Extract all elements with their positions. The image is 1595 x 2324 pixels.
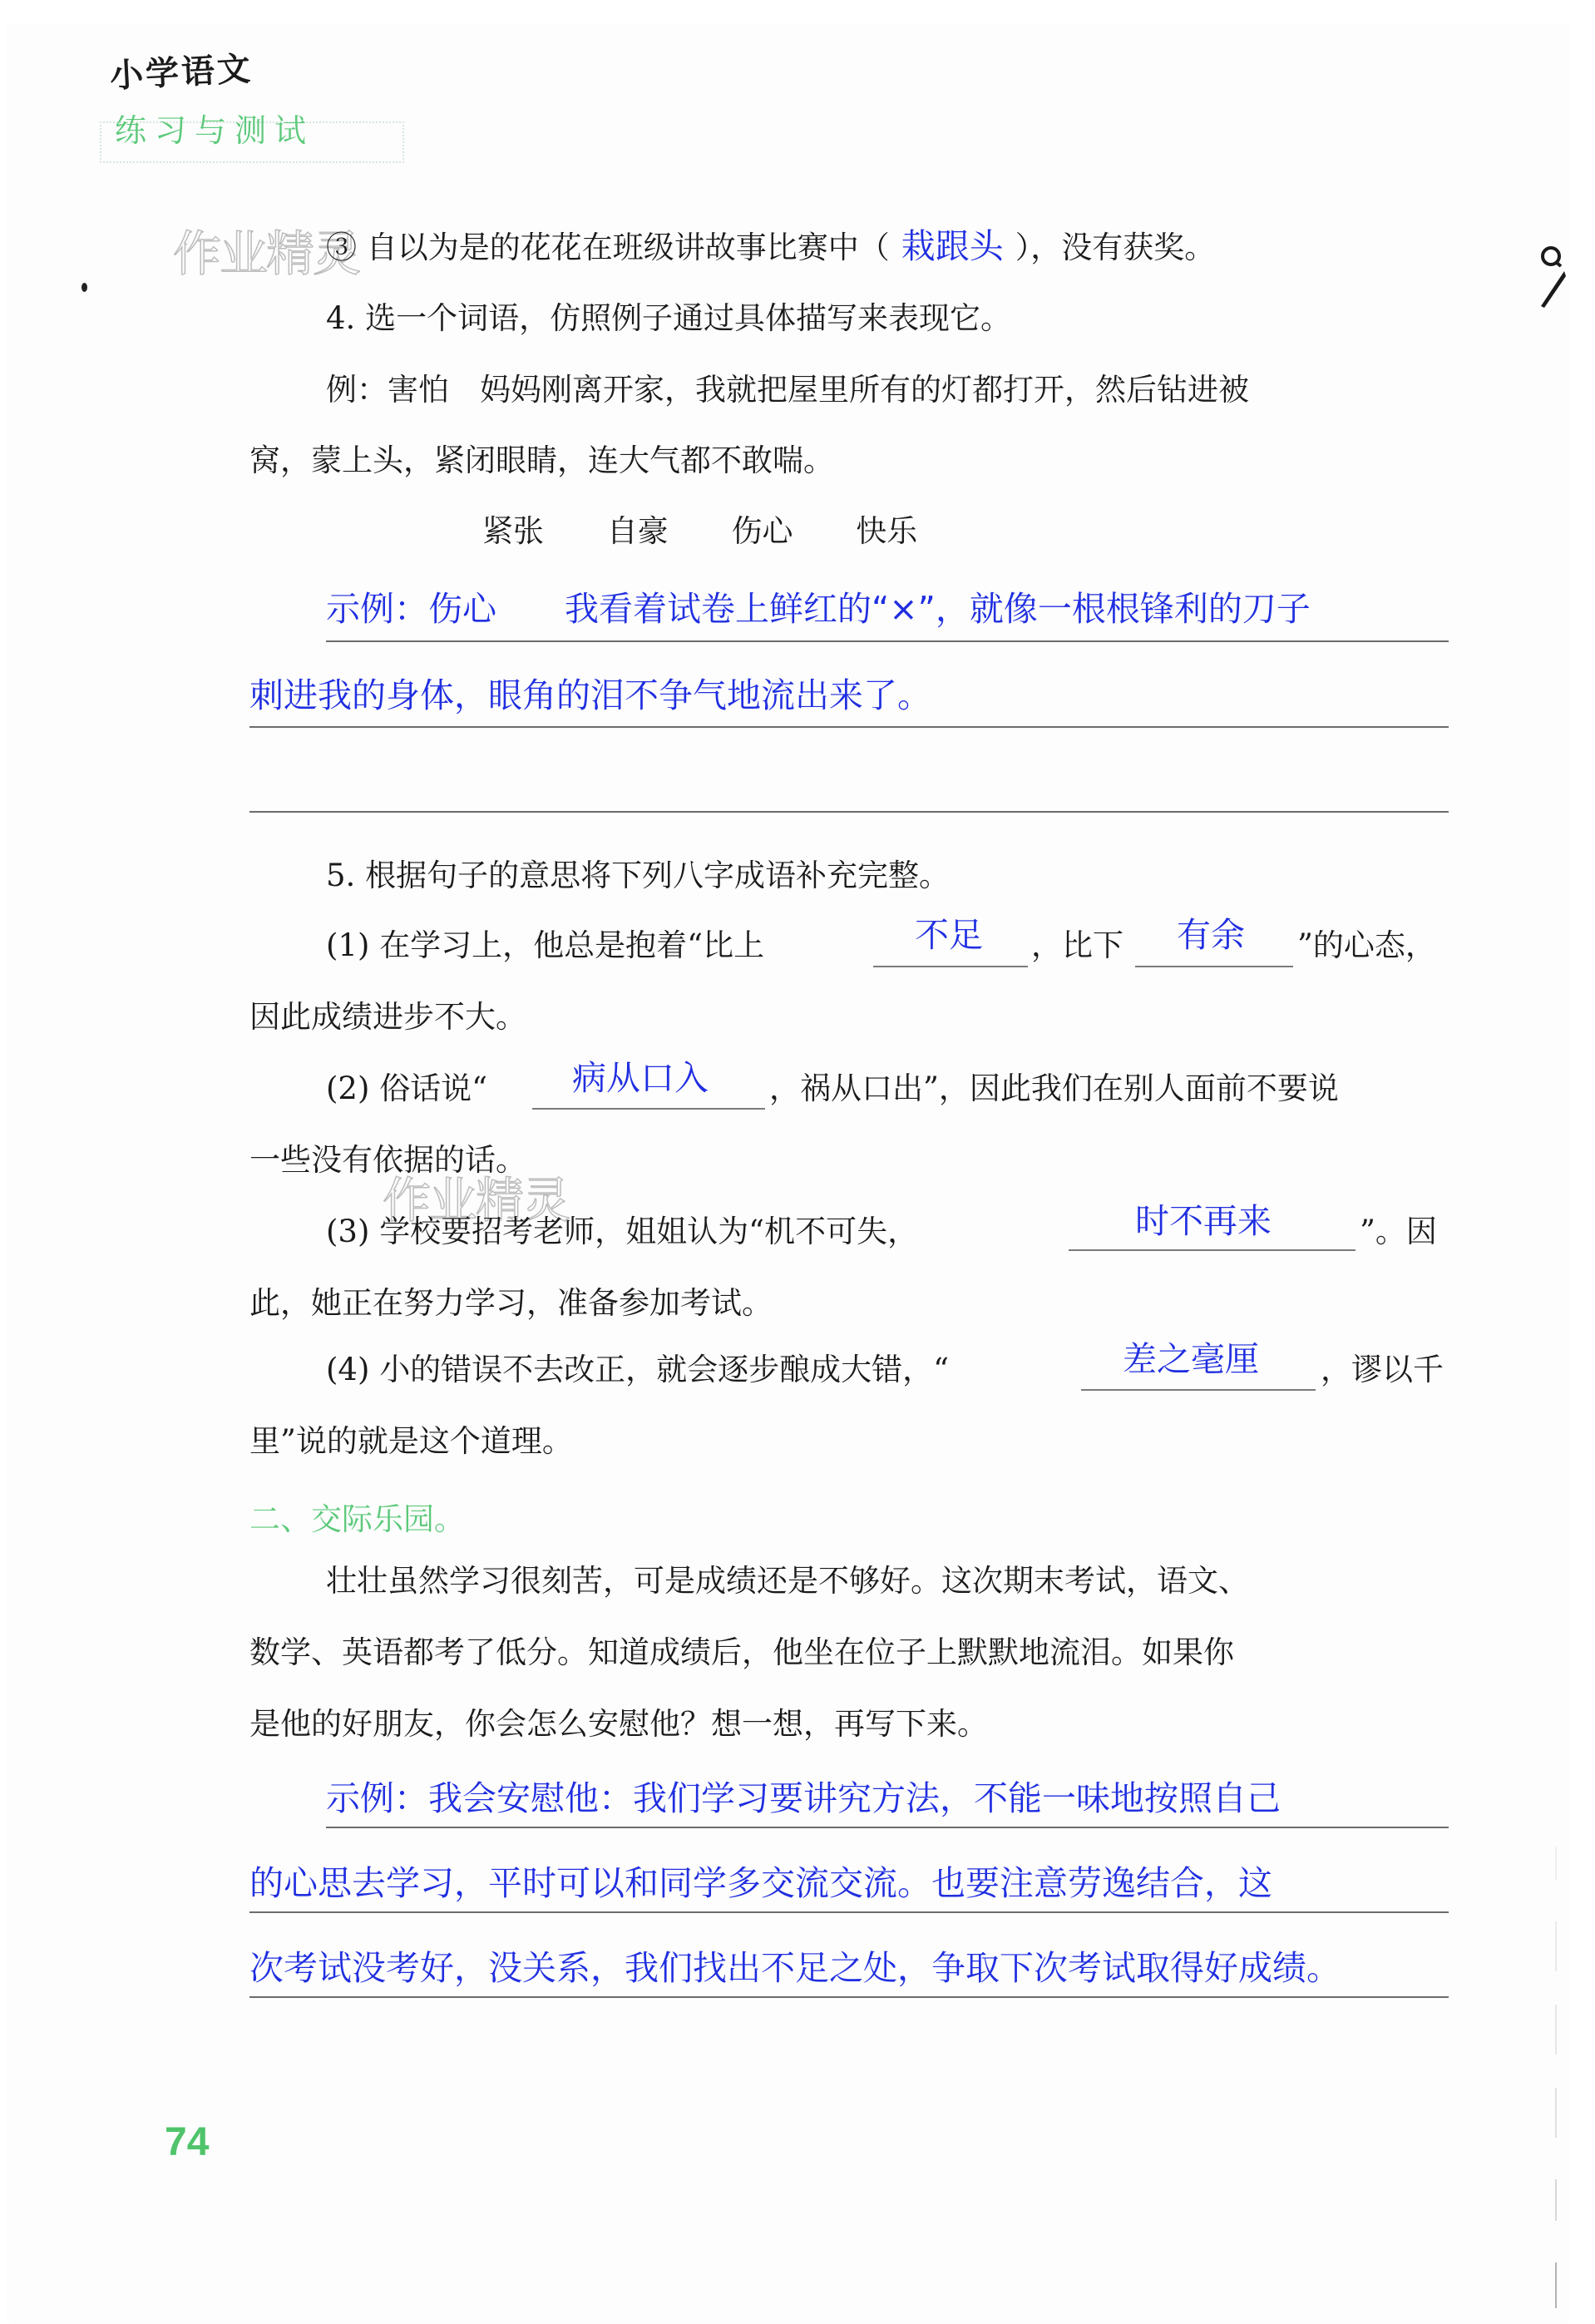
- q5-item4-line1-a: (4) 小的错误不去改正，就会逐步酿成大错，“: [326, 1354, 949, 1385]
- q5-item1-num: (1): [326, 927, 369, 963]
- answer-rule-2: [249, 726, 1449, 728]
- book-subtitle: 练习与测试: [115, 105, 314, 151]
- q5-item1-text-b: ，比下: [1031, 930, 1123, 961]
- section2-prompt-line1: 壮壮虽然学习很刻苦，可是成绩还是不够好。这次期末考试，语文、: [326, 1565, 1249, 1596]
- book-title: 小学语文: [109, 42, 254, 97]
- q5-item2-answer: 病从口入: [572, 1061, 709, 1095]
- section2-answer-line2: 的心思去学习，平时可以和同学多交流交流。也要注意劳逸结合，这: [249, 1867, 1272, 1901]
- q5-item2-text-b: ，祸从口出”，因此我们在别人面前不要说: [769, 1073, 1339, 1104]
- q4-option-1: 紧张: [482, 513, 544, 549]
- q5-item1-blank1: [873, 966, 1028, 967]
- q5-item1-text-c: ”的心态，: [1297, 930, 1436, 961]
- q5-item1-answer1: 不足: [915, 918, 983, 952]
- q5-item3-answer: 时不再来: [1135, 1204, 1272, 1239]
- q5-item1-text-a: 在学习上，他总是抱着“比上: [379, 927, 764, 963]
- q5-item3-line2: 此，她正在努力学习，准备参加考试。: [249, 1288, 773, 1318]
- answer-rule-3: [249, 811, 1449, 813]
- q4-option-3: 伤心: [732, 513, 793, 549]
- answer-rule-1: [326, 640, 1449, 642]
- answer-rule-6: [249, 1996, 1449, 1998]
- q5-item3-text-a: 学校要招考老师，姐姐认为“机不可失，: [379, 1214, 918, 1249]
- q5-item2-blank: [532, 1108, 765, 1110]
- q5-item4-text-b: ，谬以千: [1321, 1354, 1444, 1385]
- section-heading: 二、交际乐园。: [249, 1494, 465, 1539]
- q5-item4-blank: [1081, 1389, 1316, 1391]
- q4-options: 紧张 自豪 伤心 快乐: [482, 516, 917, 546]
- q5-item3-blank: [1069, 1249, 1356, 1251]
- checkmark-icon: [1534, 243, 1574, 321]
- q4-answer-line2: 刺进我的身体，眼角的泪不争气地流出来了。: [249, 679, 931, 713]
- q4-example-line2: 窝，蒙上头，紧闭眼睛，连大气都不敢喘。: [249, 445, 834, 476]
- section2-answer-line1: 示例：我会安慰他：我们学习要讲究方法，不能一味地按照自己: [326, 1782, 1281, 1816]
- answer-rule-4: [326, 1827, 1449, 1828]
- q4-option-4: 快乐: [856, 513, 917, 549]
- section2-answer-line3: 次考试没考好，没关系，我们找出不足之处，争取下次考试取得好成绩。: [249, 1951, 1341, 1985]
- q5-item2-text-a: 俗话说“: [379, 1071, 487, 1106]
- q5-item4-answer: 差之毫厘: [1123, 1342, 1259, 1377]
- q5-item3-num: (3): [326, 1214, 369, 1249]
- answer-rule-5: [249, 1911, 1449, 1913]
- q5-item3-text-b: ”。因: [1360, 1216, 1437, 1247]
- q4-prompt: 4. 选一个词语，仿照例子通过具体描写来表现它。: [326, 303, 1011, 334]
- page-number: 74: [165, 2119, 209, 2165]
- q3-prefix: ③ 自以为是的花花在班级讲故事比赛中（: [326, 230, 890, 265]
- q3-text: ③ 自以为是的花花在班级讲故事比赛中（栽跟头），没有获奖。: [326, 230, 1215, 264]
- section2-prompt-line2: 数学、英语都考了低分。知道成绩后，他坐在位子上默默地流泪。如果你: [249, 1637, 1234, 1668]
- q5-item1-answer2: 有余: [1177, 918, 1245, 952]
- q5-prompt: 5. 根据句子的意思将下列八字成语补充完整。: [326, 860, 950, 891]
- section2-prompt-line3: 是他的好朋友，你会怎么安慰他？想一想，再写下来。: [249, 1708, 988, 1739]
- scan-dot: [81, 283, 87, 292]
- q5-item4-line2: 里”说的就是这个道理。: [249, 1426, 573, 1456]
- q3-suffix: ），没有获奖。: [1015, 230, 1216, 265]
- q4-example-line1: 例：害怕 妈妈刚离开家，我就把屋里所有的灯都打开，然后钻进被: [326, 374, 1249, 405]
- q5-item3-line1-a: (3) 学校要招考老师，姐姐认为“机不可失，: [326, 1216, 918, 1247]
- q4-answer-line1: 示例：伤心 我看着试卷上鲜红的“×”，就像一根根锋利的刀子: [326, 592, 1311, 626]
- q5-item1-line1-a: (1) 在学习上，他总是抱着“比上: [326, 930, 764, 961]
- q3-answer: 栽跟头: [901, 226, 1004, 266]
- scan-edge-marks: [1553, 1847, 1558, 2312]
- q5-item1-blank2: [1135, 966, 1293, 967]
- q5-item2-line1-a: (2) 俗话说“: [326, 1073, 487, 1104]
- q5-item1-line2: 因此成绩进步不大。: [249, 1001, 526, 1032]
- q5-item4-num: (4): [326, 1352, 369, 1387]
- q5-item2-num: (2): [326, 1071, 369, 1106]
- q4-option-2: 自豪: [607, 513, 669, 549]
- q5-item4-text-a: 小的错误不去改正，就会逐步酿成大错，“: [379, 1352, 949, 1387]
